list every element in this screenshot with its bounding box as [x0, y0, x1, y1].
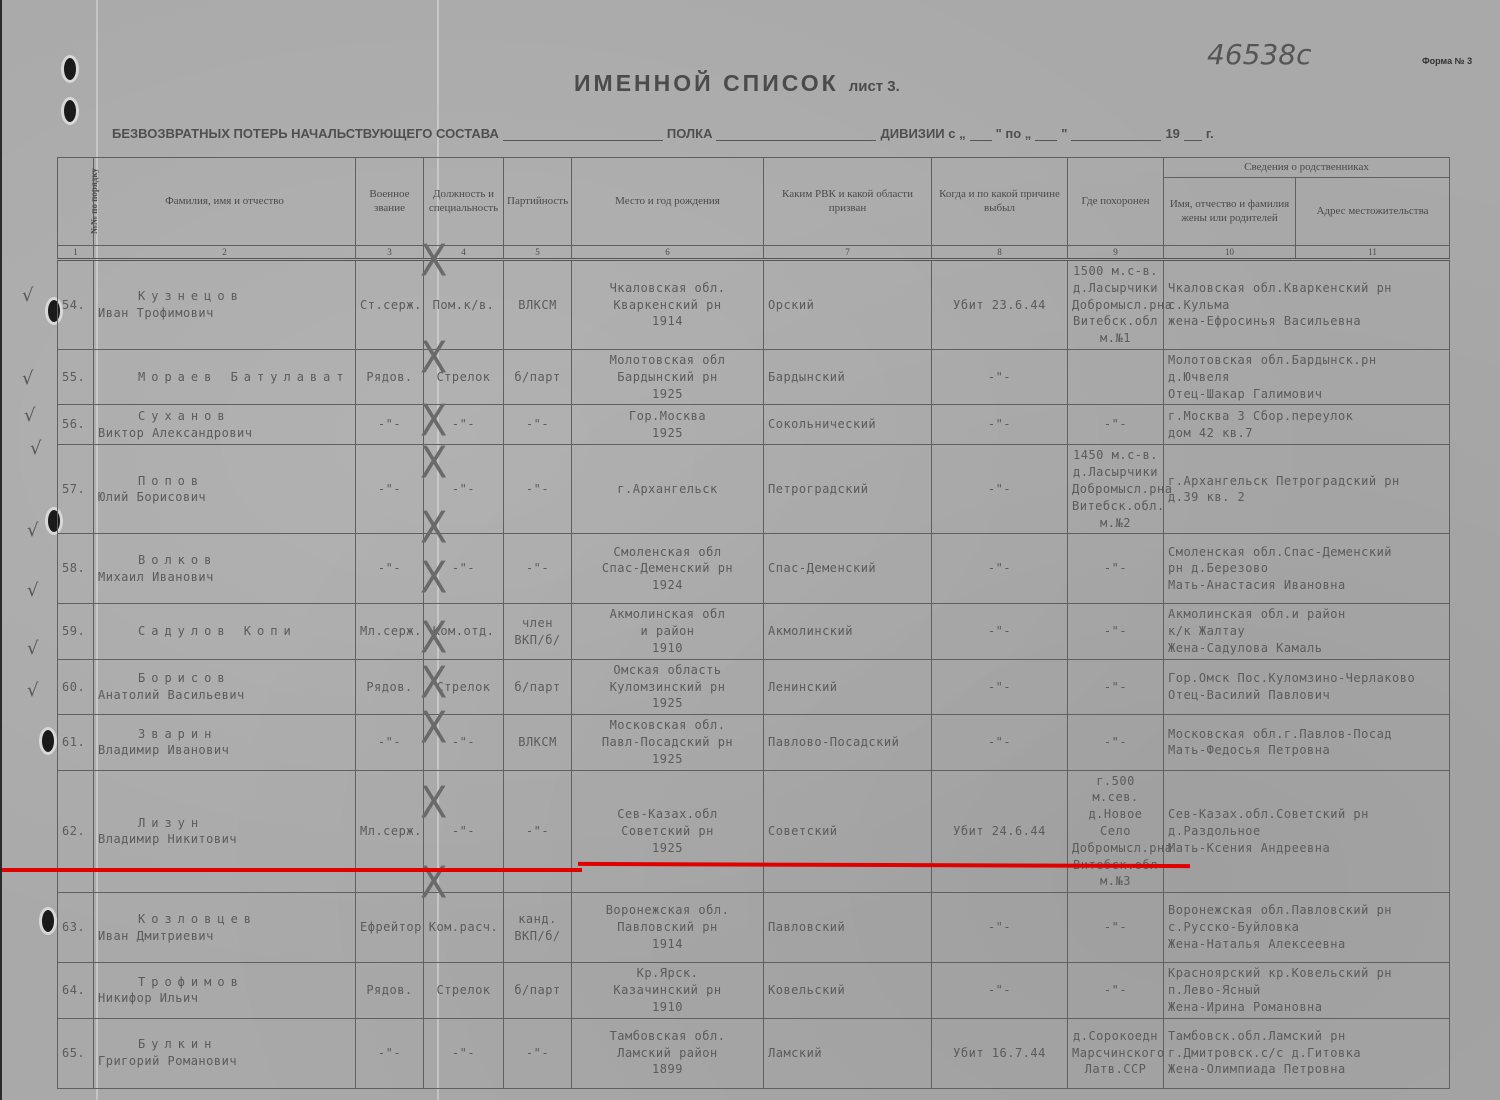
full-name: ПоповЮлий Борисович — [94, 445, 356, 534]
sheet-number: лист 3. — [849, 78, 900, 95]
table-row: 62.ЛизунВладимир НикитовичМл.серж.-"--"-… — [58, 770, 1450, 893]
row-number: 58. — [58, 534, 94, 604]
header-number: №№ по порядку — [58, 158, 94, 246]
table-row: 63.КозловцевИван ДмитриевичЕфрейторКом.р… — [58, 893, 1450, 963]
form-number: Форма № 3 — [1422, 56, 1472, 66]
last-name: Борисов — [98, 670, 351, 687]
title-text: ИМЕННОЙ СПИСОК — [574, 70, 839, 96]
full-name: КозловцевИван Дмитриевич — [94, 893, 356, 963]
full-name: Садулов Копи — [94, 604, 356, 659]
header-position: Должность и специальность — [424, 158, 504, 246]
burial-place: -"- — [1068, 534, 1164, 604]
full-name: СухановВиктор Александрович — [94, 405, 356, 445]
relative-info: Московская обл.г.Павлов-Посад Мать-Федос… — [1164, 715, 1450, 770]
check-mark-icon: √ — [30, 438, 41, 459]
check-mark-icon: √ — [24, 405, 35, 426]
birth-place-year: Московская обл. Павл-Посадский рн 1925 — [572, 715, 764, 770]
rvk: Акмолинский — [764, 604, 932, 659]
birth-place-year: Смоленская обл Спас-Деменский рн 1924 — [572, 534, 764, 604]
punch-hole — [64, 58, 76, 80]
relative-info: Чкаловская обл.Кваркенский рн с.Кульма ж… — [1164, 259, 1450, 349]
blank-line — [503, 128, 663, 141]
burial-place: -"- — [1068, 405, 1164, 445]
col-number: 9 — [1068, 245, 1164, 259]
col-number: 2 — [94, 245, 356, 259]
rank: Мл.серж. — [356, 770, 424, 893]
cross-mark-icon: X — [420, 553, 447, 604]
check-mark-icon: √ — [27, 580, 38, 601]
col-number: 5 — [504, 245, 572, 259]
party: б/парт — [504, 659, 572, 714]
party: ВЛКСМ — [504, 715, 572, 770]
rank: Ст.серж. — [356, 259, 424, 349]
party: -"- — [504, 534, 572, 604]
check-mark-icon: √ — [27, 520, 38, 541]
punch-hole — [64, 100, 76, 122]
subtitle-losses: БЕЗВОЗВРАТНЫХ ПОТЕРЬ НАЧАЛЬСТВУЮЩЕГО СОС… — [112, 126, 499, 141]
first-names: Владимир Никитович — [98, 831, 351, 848]
last-name: Булкин — [98, 1036, 351, 1053]
row-number: 60. — [58, 659, 94, 714]
table-row: 64.ТрофимовНикифор ИльичРядов.Стрелокб/п… — [58, 963, 1450, 1018]
col-number: 11 — [1296, 245, 1450, 259]
row-number: 61. — [58, 715, 94, 770]
last-name: Мораев Батулават — [98, 369, 351, 386]
party: член ВКП/б/ — [504, 604, 572, 659]
cross-mark-icon: X — [420, 858, 447, 909]
col-number: 6 — [572, 245, 764, 259]
when-reason: -"- — [932, 349, 1068, 404]
table-row: 59.Садулов КопиМл.серж.Ком.отд.член ВКП/… — [58, 604, 1450, 659]
last-name: Зварин — [98, 726, 351, 743]
rvk: Петроградский — [764, 445, 932, 534]
table-row: 58.ВолковМихаил Иванович-"--"--"-Смоленс… — [58, 534, 1450, 604]
header-relative-name: Имя, отчество и фамилия жены или родител… — [1164, 177, 1296, 245]
burial-place: -"- — [1068, 893, 1164, 963]
full-name: БулкинГригорий Романович — [94, 1018, 356, 1088]
rank: -"- — [356, 534, 424, 604]
cross-mark-icon: X — [420, 438, 447, 489]
punch-hole — [42, 910, 54, 932]
rank: Мл.серж. — [356, 604, 424, 659]
birth-place-year: Акмолинская обл и район 1910 — [572, 604, 764, 659]
last-name: Суханов — [98, 408, 351, 425]
cross-mark-icon: X — [420, 503, 447, 554]
full-name: БорисовАнатолий Васильевич — [94, 659, 356, 714]
blank-line — [1184, 128, 1202, 141]
full-name: ВолковМихаил Иванович — [94, 534, 356, 604]
birth-place-year: Омская область Куломзинский рн 1925 — [572, 659, 764, 714]
header-party: Партийность — [504, 158, 572, 246]
when-reason: -"- — [932, 445, 1068, 534]
full-name: ЛизунВладимир Никитович — [94, 770, 356, 893]
check-mark-icon: √ — [22, 285, 33, 306]
row-number: 65. — [58, 1018, 94, 1088]
rank: Рядов. — [356, 349, 424, 404]
table-row: 61.ЗваринВладимир Иванович-"--"-ВЛКСММос… — [58, 715, 1450, 770]
last-name: Кузнецов — [98, 288, 351, 305]
first-names: Юлий Борисович — [98, 489, 351, 506]
party: б/парт — [504, 963, 572, 1018]
last-name: Волков — [98, 552, 351, 569]
losses-table: №№ по порядку Фамилия, имя и отчество Во… — [57, 157, 1450, 1089]
subtitle-division: ДИВИЗИИ с „ — [880, 126, 965, 141]
table-row: 54.КузнецовИван ТрофимовичСт.серж.Пом.к/… — [58, 259, 1450, 349]
check-mark-icon: √ — [22, 368, 33, 389]
relative-info: Молотовская обл.Бардынск.рн д.Ючвеля Оте… — [1164, 349, 1450, 404]
when-reason: -"- — [932, 604, 1068, 659]
relative-info: г.Москва 3 Сбор.переулок дом 42 кв.7 — [1164, 405, 1450, 445]
first-names: Владимир Иванович — [98, 742, 351, 759]
when-reason: -"- — [932, 893, 1068, 963]
document-sheet: 46538c Форма № 3 ИМЕННОЙ СПИСОКлист 3. Б… — [2, 0, 1500, 1100]
party: -"- — [504, 445, 572, 534]
check-mark-icon: √ — [27, 638, 38, 659]
rank: -"- — [356, 715, 424, 770]
party: -"- — [504, 770, 572, 893]
birth-place-year: Чкаловская обл. Кваркенский рн 1914 — [572, 259, 764, 349]
burial-place: 1450 м.с-в. д.Ласырчики Добромысл.рна Ви… — [1068, 445, 1164, 534]
when-reason: Убит 16.7.44 — [932, 1018, 1068, 1088]
rvk: Советский — [764, 770, 932, 893]
birth-place-year: Молотовская обл Бардынский рн 1925 — [572, 349, 764, 404]
rank: -"- — [356, 1018, 424, 1088]
burial-place: -"- — [1068, 604, 1164, 659]
rank: -"- — [356, 405, 424, 445]
cross-mark-icon: X — [420, 703, 447, 754]
rank: Рядов. — [356, 659, 424, 714]
subtitle-quote: " — [1061, 126, 1067, 141]
first-names: Иван Трофимович — [98, 305, 351, 322]
relative-info: Сев-Казах.обл.Советский рн д.Раздольное … — [1164, 770, 1450, 893]
first-names: Михаил Иванович — [98, 569, 351, 586]
relative-info: Гор.Омск Пос.Куломзино-Черлаково Отец-Ва… — [1164, 659, 1450, 714]
table-row: 55.Мораев БатулаватРядов.Стрелокб/партМо… — [58, 349, 1450, 404]
birth-place-year: Воронежская обл. Павловский рн 1914 — [572, 893, 764, 963]
punch-hole — [42, 730, 54, 752]
cross-mark-icon: X — [420, 236, 447, 287]
header-birth: Место и год рождения — [572, 158, 764, 246]
cross-mark-icon: X — [420, 778, 447, 829]
relative-info: Смоленская обл.Спас-Деменский рн д.Берез… — [1164, 534, 1450, 604]
last-name: Садулов Копи — [98, 623, 351, 640]
rvk: Орский — [764, 259, 932, 349]
relative-info: Красноярский кр.Ковельский рн п.Лево-Ясн… — [1164, 963, 1450, 1018]
first-names: Иван Дмитриевич — [98, 928, 351, 945]
rvk: Ламский — [764, 1018, 932, 1088]
position: Стрелок — [424, 963, 504, 1018]
when-reason: -"- — [932, 659, 1068, 714]
subtitle-year: 19 — [1165, 126, 1179, 141]
party: канд. ВКП/б/ — [504, 893, 572, 963]
archive-number: 46538c — [1207, 38, 1311, 71]
table-row: 56.СухановВиктор Александрович-"--"--"-Г… — [58, 405, 1450, 445]
col-number: 1 — [58, 245, 94, 259]
header-address: Адрес местожительства — [1296, 177, 1450, 245]
birth-place-year: г.Архангельск — [572, 445, 764, 534]
first-names: Никифор Ильич — [98, 990, 351, 1007]
first-names: Анатолий Васильевич — [98, 687, 351, 704]
full-name: КузнецовИван Трофимович — [94, 259, 356, 349]
burial-place: г.500 м.сев. д.Новое Село Добромысл.рна … — [1068, 770, 1164, 893]
birth-place-year: Кр.Ярск. Казачинский рн 1910 — [572, 963, 764, 1018]
rvk: Спас-Деменский — [764, 534, 932, 604]
row-number: 56. — [58, 405, 94, 445]
relative-info: г.Архангельск Петроградский рн д.39 кв. … — [1164, 445, 1450, 534]
rank: Рядов. — [356, 963, 424, 1018]
row-number: 59. — [58, 604, 94, 659]
highlight-line — [2, 868, 582, 872]
subtitle-regiment: ПОЛКА — [667, 126, 713, 141]
rvk: Павловский — [764, 893, 932, 963]
last-name: Попов — [98, 473, 351, 490]
relative-info: Тамбовск.обл.Ламский рн г.Дмитровск.с/с … — [1164, 1018, 1450, 1088]
relative-info: Акмолинская обл.и район к/к Жалтау Жена-… — [1164, 604, 1450, 659]
header-when: Когда и по какой причине выбыл — [932, 158, 1068, 246]
document-subtitle: БЕЗВОЗВРАТНЫХ ПОТЕРЬ НАЧАЛЬСТВУЮЩЕГО СОС… — [112, 126, 1214, 141]
burial-place: -"- — [1068, 963, 1164, 1018]
row-number: 64. — [58, 963, 94, 1018]
table-row: 60.БорисовАнатолий ВасильевичРядов.Стрел… — [58, 659, 1450, 714]
when-reason: -"- — [932, 534, 1068, 604]
table-row: 57.ПоповЮлий Борисович-"--"--"-г.Арханге… — [58, 445, 1450, 534]
col-number: 8 — [932, 245, 1068, 259]
when-reason: Убит 23.6.44 — [932, 259, 1068, 349]
header-relatives-group: Сведения о родственниках — [1164, 158, 1450, 178]
cross-mark-icon: X — [420, 658, 447, 709]
when-reason: -"- — [932, 715, 1068, 770]
col-number: 3 — [356, 245, 424, 259]
header-buried: Где похоронен — [1068, 158, 1164, 246]
last-name: Козловцев — [98, 911, 351, 928]
subtitle-year-suffix: г. — [1206, 126, 1214, 141]
blank-line — [716, 128, 876, 141]
header-name: Фамилия, имя и отчество — [94, 158, 356, 246]
col-number: 7 — [764, 245, 932, 259]
blank-line — [1035, 128, 1057, 141]
birth-place-year: Сев-Казах.обл Советский рн 1925 — [572, 770, 764, 893]
burial-place — [1068, 349, 1164, 404]
last-name: Лизун — [98, 815, 351, 832]
blank-line — [1071, 128, 1161, 141]
row-number: 55. — [58, 349, 94, 404]
party: -"- — [504, 1018, 572, 1088]
when-reason: -"- — [932, 405, 1068, 445]
first-names: Виктор Александрович — [98, 425, 351, 442]
row-number: 62. — [58, 770, 94, 893]
row-number: 54. — [58, 259, 94, 349]
when-reason: -"- — [932, 963, 1068, 1018]
birth-place-year: Тамбовская обл. Ламский район 1899 — [572, 1018, 764, 1088]
party: ВЛКСМ — [504, 259, 572, 349]
blank-line — [970, 128, 992, 141]
last-name: Трофимов — [98, 974, 351, 991]
check-mark-icon: √ — [27, 680, 38, 701]
full-name: ТрофимовНикифор Ильич — [94, 963, 356, 1018]
page-title: ИМЕННОЙ СПИСОКлист 3. — [574, 70, 900, 97]
rank: Ефрейтор — [356, 893, 424, 963]
rvk: Ковельский — [764, 963, 932, 1018]
party: б/парт — [504, 349, 572, 404]
burial-place: -"- — [1068, 715, 1164, 770]
header-rank: Военное звание — [356, 158, 424, 246]
col-number: 10 — [1164, 245, 1296, 259]
rvk: Сокольнический — [764, 405, 932, 445]
full-name: ЗваринВладимир Иванович — [94, 715, 356, 770]
rvk: Павлово-Посадский — [764, 715, 932, 770]
first-names: Григорий Романович — [98, 1053, 351, 1070]
burial-place: д.Сорокоедн Марсчинского Латв.ССР — [1068, 1018, 1164, 1088]
relative-info: Воронежская обл.Павловский рн с.Русско-Б… — [1164, 893, 1450, 963]
when-reason: Убит 24.6.44 — [932, 770, 1068, 893]
rvk: Ленинский — [764, 659, 932, 714]
position: -"- — [424, 1018, 504, 1088]
rank: -"- — [356, 445, 424, 534]
burial-place: -"- — [1068, 659, 1164, 714]
burial-place: 1500 м.с-в. д.Ласырчики Добромысл.рна Ви… — [1068, 259, 1164, 349]
birth-place-year: Гор.Москва 1925 — [572, 405, 764, 445]
header-rvk: Каким РВК и какой области призван — [764, 158, 932, 246]
rvk: Бардынский — [764, 349, 932, 404]
party: -"- — [504, 405, 572, 445]
cross-mark-icon: X — [420, 333, 447, 384]
cross-mark-icon: X — [420, 613, 447, 664]
subtitle-to: " по „ — [996, 126, 1032, 141]
table-row: 65.БулкинГригорий Романович-"--"--"-Тамб… — [58, 1018, 1450, 1088]
row-number: 57. — [58, 445, 94, 534]
row-number: 63. — [58, 893, 94, 963]
full-name: Мораев Батулават — [94, 349, 356, 404]
